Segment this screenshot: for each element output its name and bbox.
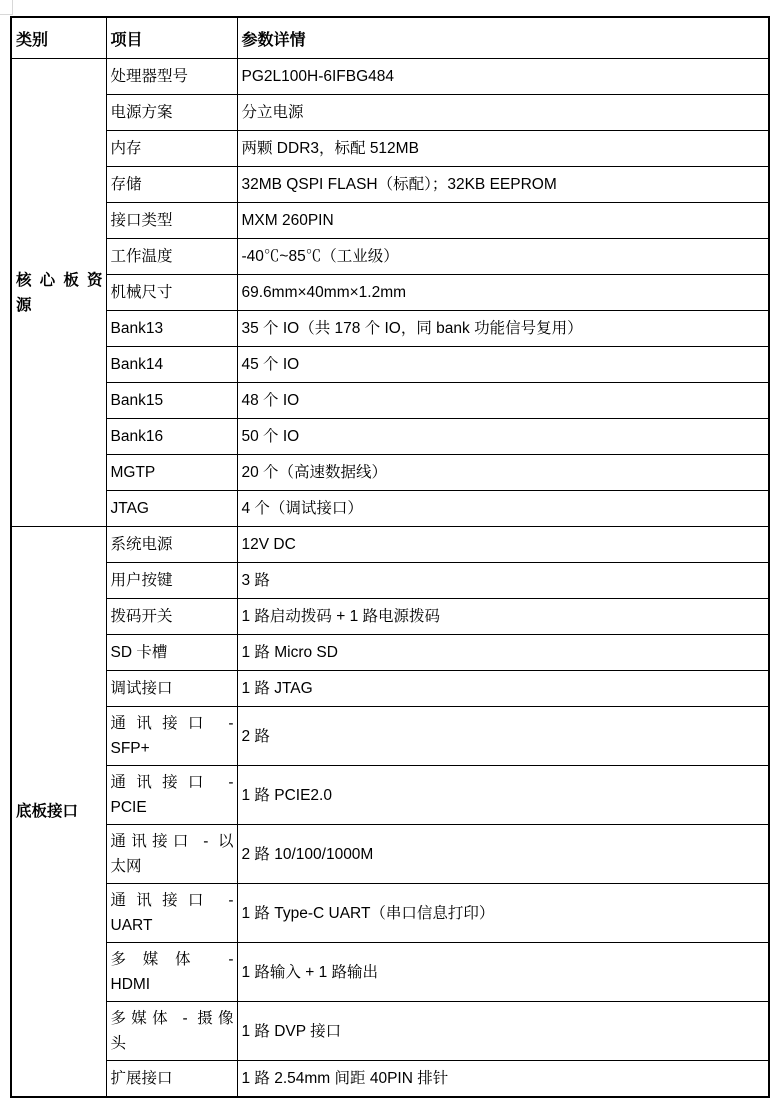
item-cell: SD 卡槽 xyxy=(106,635,237,671)
value-cell: 50 个 IO xyxy=(237,419,769,455)
item-label: 扩展接口 xyxy=(111,1066,234,1091)
item-cell: 接口类型 xyxy=(106,203,237,239)
item-label: 存储 xyxy=(111,172,234,197)
item-label: Bank16 xyxy=(111,424,234,449)
table-row: 存储32MB QSPI FLASH（标配）；32KB EEPROM xyxy=(11,167,769,203)
table-row: 通讯接口 -PCIE1 路 PCIE2.0 xyxy=(11,766,769,825)
item-label: 太网 xyxy=(111,854,234,879)
item-cell: 处理器型号 xyxy=(106,59,237,95)
item-label: MGTP xyxy=(111,460,234,485)
value-cell: 69.6mm×40mm×1.2mm xyxy=(237,275,769,311)
item-label: 多媒体 - 摄像 xyxy=(111,1006,234,1031)
spec-table: 类别 项目 参数详情 核心板资源处理器型号PG2L100H-6IFBG484电源… xyxy=(10,16,770,1098)
grid-artifact-vertical-line xyxy=(12,0,13,14)
header-details: 参数详情 xyxy=(237,17,769,59)
item-cell: 拨码开关 xyxy=(106,599,237,635)
table-row: 扩展接口1 路 2.54mm 间距 40PIN 排针 xyxy=(11,1061,769,1097)
value-cell: 12V DC xyxy=(237,527,769,563)
item-label: 通讯接口 - 以 xyxy=(111,829,234,854)
value-cell: 1 路输入 + 1 路输出 xyxy=(237,943,769,1002)
item-label: PCIE xyxy=(111,795,234,820)
item-label: 用户按键 xyxy=(111,568,234,593)
value-cell: 20 个（高速数据线） xyxy=(237,455,769,491)
item-cell: Bank13 xyxy=(106,311,237,347)
grid-artifact-horizontal-line xyxy=(0,14,13,15)
table-row: MGTP20 个（高速数据线） xyxy=(11,455,769,491)
item-cell: 工作温度 xyxy=(106,239,237,275)
value-cell: 1 路 DVP 接口 xyxy=(237,1002,769,1061)
item-label: 调试接口 xyxy=(111,676,234,701)
item-cell: 通讯接口 -UART xyxy=(106,884,237,943)
category-label: 底板接口 xyxy=(16,799,103,824)
table-header-row: 类别 项目 参数详情 xyxy=(11,17,769,59)
table-row: 内存两颗 DDR3，标配 512MB xyxy=(11,131,769,167)
value-cell: 1 路 JTAG xyxy=(237,671,769,707)
table-row: 调试接口1 路 JTAG xyxy=(11,671,769,707)
table-row: Bank1548 个 IO xyxy=(11,383,769,419)
table-row: JTAG4 个（调试接口） xyxy=(11,491,769,527)
item-label: UART xyxy=(111,913,234,938)
item-cell: 多媒体 -HDMI xyxy=(106,943,237,1002)
value-cell: 1 路 PCIE2.0 xyxy=(237,766,769,825)
item-label: 电源方案 xyxy=(111,100,234,125)
table-body: 核心板资源处理器型号PG2L100H-6IFBG484电源方案分立电源内存两颗 … xyxy=(11,59,769,1097)
item-cell: 扩展接口 xyxy=(106,1061,237,1097)
table-row: 用户按键3 路 xyxy=(11,563,769,599)
item-cell: 通讯接口 -PCIE xyxy=(106,766,237,825)
item-cell: JTAG xyxy=(106,491,237,527)
item-cell: 存储 xyxy=(106,167,237,203)
item-cell: 用户按键 xyxy=(106,563,237,599)
item-label: 内存 xyxy=(111,136,234,161)
value-cell: 32MB QSPI FLASH（标配）；32KB EEPROM xyxy=(237,167,769,203)
category-label: 源 xyxy=(16,293,103,318)
item-label: 头 xyxy=(111,1031,234,1056)
category-cell: 底板接口 xyxy=(11,527,106,1097)
value-cell: 1 路启动拨码 + 1 路电源拨码 xyxy=(237,599,769,635)
value-cell: 1 路 2.54mm 间距 40PIN 排针 xyxy=(237,1061,769,1097)
item-cell: Bank15 xyxy=(106,383,237,419)
header-item: 项目 xyxy=(106,17,237,59)
item-label: HDMI xyxy=(111,972,234,997)
value-cell: 4 个（调试接口） xyxy=(237,491,769,527)
table-row: 电源方案分立电源 xyxy=(11,95,769,131)
value-cell: 1 路 Micro SD xyxy=(237,635,769,671)
item-cell: 电源方案 xyxy=(106,95,237,131)
table-row: SD 卡槽1 路 Micro SD xyxy=(11,635,769,671)
table-row: Bank1445 个 IO xyxy=(11,347,769,383)
table-row: 接口类型MXM 260PIN xyxy=(11,203,769,239)
value-cell: 2 路 xyxy=(237,707,769,766)
value-cell: 2 路 10/100/1000M xyxy=(237,825,769,884)
category-label: 核心板资 xyxy=(16,268,103,293)
table-row: 核心板资源处理器型号PG2L100H-6IFBG484 xyxy=(11,59,769,95)
item-label: 接口类型 xyxy=(111,208,234,233)
category-cell: 核心板资源 xyxy=(11,59,106,527)
item-label: 拨码开关 xyxy=(111,604,234,629)
item-label: SFP+ xyxy=(111,736,234,761)
value-cell: 48 个 IO xyxy=(237,383,769,419)
table-row: 通讯接口 -SFP+2 路 xyxy=(11,707,769,766)
item-cell: Bank16 xyxy=(106,419,237,455)
item-label: 机械尺寸 xyxy=(111,280,234,305)
item-label: SD 卡槽 xyxy=(111,640,234,665)
table-row: 拨码开关1 路启动拨码 + 1 路电源拨码 xyxy=(11,599,769,635)
item-cell: 通讯接口 -SFP+ xyxy=(106,707,237,766)
item-label: Bank14 xyxy=(111,352,234,377)
table-row: Bank1650 个 IO xyxy=(11,419,769,455)
item-label: Bank15 xyxy=(111,388,234,413)
item-cell: 调试接口 xyxy=(106,671,237,707)
value-cell: 1 路 Type-C UART（串口信息打印） xyxy=(237,884,769,943)
item-cell: 多媒体 - 摄像头 xyxy=(106,1002,237,1061)
item-label: Bank13 xyxy=(111,316,234,341)
table-row: 底板接口系统电源12V DC xyxy=(11,527,769,563)
value-cell: PG2L100H-6IFBG484 xyxy=(237,59,769,95)
item-label: 通讯接口 - xyxy=(111,888,234,913)
value-cell: 两颗 DDR3，标配 512MB xyxy=(237,131,769,167)
item-cell: 内存 xyxy=(106,131,237,167)
value-cell: -40℃~85℃（工业级） xyxy=(237,239,769,275)
item-label: 系统电源 xyxy=(111,532,234,557)
item-label: 工作温度 xyxy=(111,244,234,269)
header-category: 类别 xyxy=(11,17,106,59)
item-label: 处理器型号 xyxy=(111,64,234,89)
value-cell: 分立电源 xyxy=(237,95,769,131)
item-cell: Bank14 xyxy=(106,347,237,383)
item-label: 通讯接口 - xyxy=(111,711,234,736)
item-cell: 通讯接口 - 以太网 xyxy=(106,825,237,884)
value-cell: 35 个 IO（共 178 个 IO，同 bank 功能信号复用） xyxy=(237,311,769,347)
item-label: JTAG xyxy=(111,496,234,521)
item-label: 多媒体 - xyxy=(111,947,234,972)
table-row: 机械尺寸69.6mm×40mm×1.2mm xyxy=(11,275,769,311)
item-cell: 系统电源 xyxy=(106,527,237,563)
item-cell: 机械尺寸 xyxy=(106,275,237,311)
item-cell: MGTP xyxy=(106,455,237,491)
item-label: 通讯接口 - xyxy=(111,770,234,795)
value-cell: 45 个 IO xyxy=(237,347,769,383)
table-row: 多媒体 -HDMI1 路输入 + 1 路输出 xyxy=(11,943,769,1002)
table-row: 多媒体 - 摄像头1 路 DVP 接口 xyxy=(11,1002,769,1061)
table-row: 通讯接口 -UART1 路 Type-C UART（串口信息打印） xyxy=(11,884,769,943)
table-row: 通讯接口 - 以太网2 路 10/100/1000M xyxy=(11,825,769,884)
table-row: Bank1335 个 IO（共 178 个 IO，同 bank 功能信号复用） xyxy=(11,311,769,347)
value-cell: MXM 260PIN xyxy=(237,203,769,239)
table-row: 工作温度-40℃~85℃（工业级） xyxy=(11,239,769,275)
value-cell: 3 路 xyxy=(237,563,769,599)
